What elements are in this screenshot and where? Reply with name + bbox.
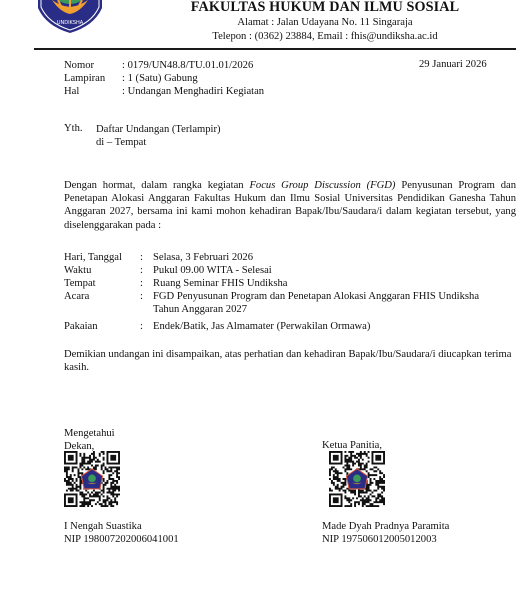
chair-nip: NIP 197506012005012003: [322, 534, 449, 547]
acknowledge-label: Mengetahui: [64, 428, 115, 441]
hal-label: Hal: [64, 85, 79, 98]
university-logo: UNDIKSHA: [34, 0, 106, 34]
chair-name: Made Dyah Pradnya Paramita: [322, 521, 449, 534]
letter-date: 29 Januari 2026: [419, 59, 487, 70]
nomor-value: : 0179/UN48.8/TU.01.01/2026: [122, 59, 253, 72]
qr-code-signature-dean: [64, 451, 120, 507]
recipient-place: di – Tempat: [96, 136, 221, 149]
lampiran-value: : 1 (Satu) Gabung: [122, 72, 198, 85]
institution-name: FAKULTAS HUKUM DAN ILMU SOSIAL: [160, 0, 490, 16]
hal-value: : Undangan Menghadiri Kegiatan: [122, 85, 264, 98]
header-divider: [34, 48, 516, 50]
signature-left: Mengetahui Dekan,: [64, 428, 115, 453]
dean-nip: NIP 198007202006041001: [64, 534, 179, 547]
svg-text:UNDIKSHA: UNDIKSHA: [57, 20, 84, 26]
signer-left: I Nengah Suastika NIP 198007202006041001: [64, 521, 179, 546]
nomor-label: Nomor: [64, 59, 94, 72]
kop-contact: Telepon : (0362) 23884, Email : fhis@und…: [160, 31, 490, 42]
lampiran-label: Lampiran: [64, 72, 105, 85]
fgd-italic: Focus Group Discussion (FGD): [249, 180, 395, 191]
qr-code-signature-chair: [329, 451, 385, 507]
recipient-prefix: Yth.: [64, 123, 83, 134]
dean-name: I Nengah Suastika: [64, 521, 179, 534]
opening-paragraph: Dengan hormat, dalam rangka kegiatan Foc…: [64, 179, 516, 232]
kop-address: Alamat : Jalan Udayana No. 11 Singaraja: [160, 17, 490, 28]
closing-paragraph: Demikian undangan ini disampaikan, atas …: [64, 348, 514, 374]
recipient-block: Daftar Undangan (Terlampir) di – Tempat: [96, 123, 221, 149]
recipient-name: Daftar Undangan (Terlampir): [96, 123, 221, 136]
signer-right: Made Dyah Pradnya Paramita NIP 197506012…: [322, 521, 449, 546]
